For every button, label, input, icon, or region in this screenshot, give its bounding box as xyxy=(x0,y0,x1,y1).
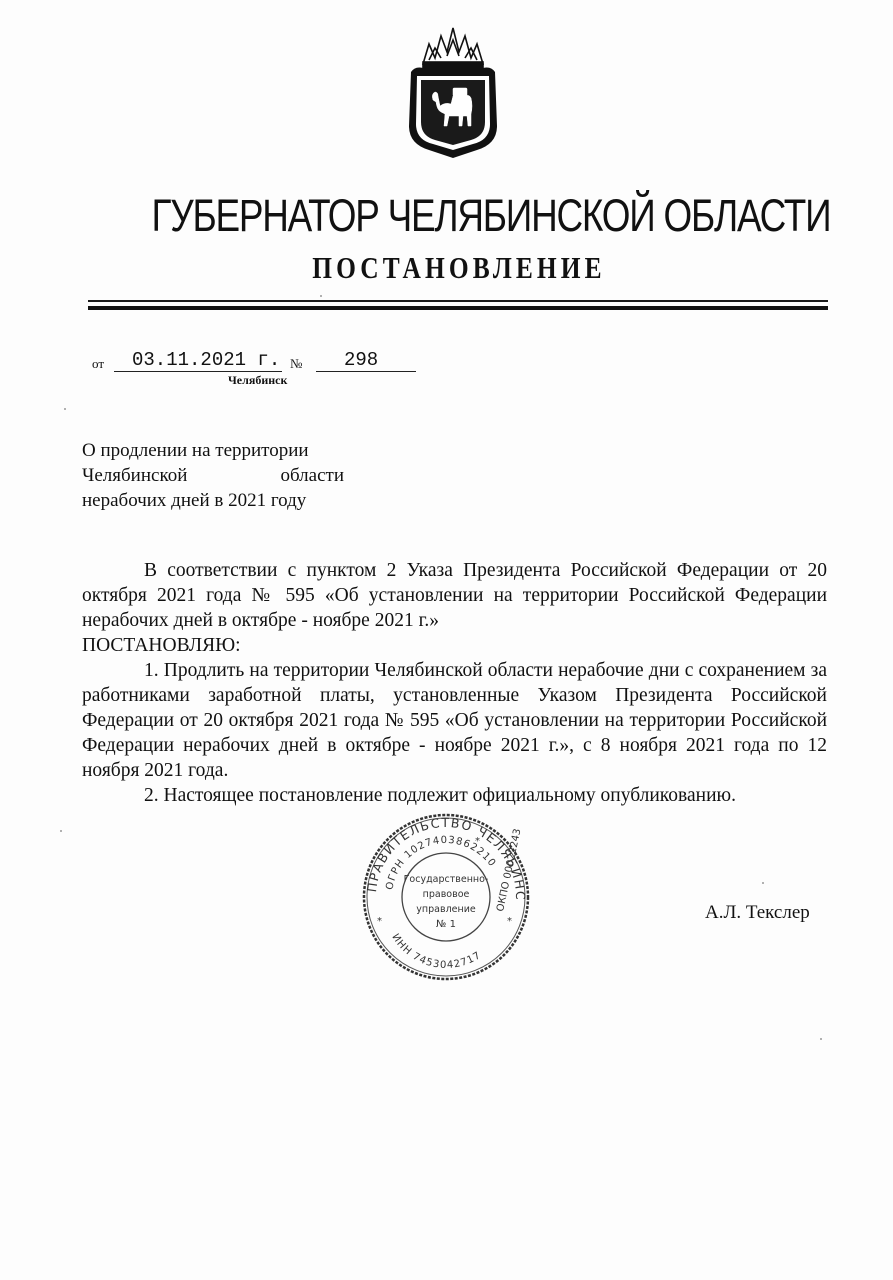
header-divider-thin xyxy=(88,300,828,302)
signatory-name: А.Л. Текслер xyxy=(705,902,810,924)
subject-line: О продлении на территории xyxy=(82,438,344,463)
stamp-center-line: управление xyxy=(416,904,476,915)
header-divider-thick xyxy=(88,306,828,310)
official-seal-stamp: ПРАВИТЕЛЬСТВО ЧЕЛЯБИНСКОЙ ОБЛАСТИ ОГРН 1… xyxy=(355,812,537,982)
coat-of-arms-icon xyxy=(405,22,501,162)
number-label: № xyxy=(290,356,302,372)
decree-word: ПОСТАНОВЛЯЮ: xyxy=(82,633,827,658)
preamble-paragraph: В соответствии с пунктом 2 Указа Президе… xyxy=(82,558,827,633)
date-label: от xyxy=(92,356,104,372)
decree-item-2: 2. Настоящее постановление подлежит офиц… xyxy=(82,783,827,808)
scan-speck xyxy=(320,295,322,297)
scan-speck xyxy=(60,830,62,832)
document-type: ПОСТАНОВЛЕНИЕ xyxy=(152,250,767,286)
stamp-center-line: № 1 xyxy=(436,919,456,930)
authority-title: ГУБЕРНАТОР ЧЕЛЯБИНСКОЙ ОБЛАСТИ xyxy=(152,190,767,242)
stamp-center-line: Государственно- xyxy=(404,874,489,885)
document-subject: О продлении на территории Челябинской об… xyxy=(82,438,344,513)
subject-line: Челябинской области xyxy=(82,463,344,488)
scan-speck xyxy=(762,882,764,884)
document-number: 298 xyxy=(316,350,416,372)
document-date: 03.11.2021 г. xyxy=(114,350,282,372)
subject-line: нерабочих дней в 2021 году xyxy=(82,488,344,513)
decree-item-1: 1. Продлить на территории Челябинской об… xyxy=(82,658,827,783)
svg-text:*: * xyxy=(377,916,382,927)
stamp-center-line: правовое xyxy=(423,889,470,900)
svg-text:*: * xyxy=(475,836,480,847)
stamp-inn: ИНН 7453042717 xyxy=(389,932,483,971)
scan-speck xyxy=(64,408,66,410)
document-page: ГУБЕРНАТОР ЧЕЛЯБИНСКОЙ ОБЛАСТИ ПОСТАНОВЛ… xyxy=(0,0,893,1280)
document-body: В соответствии с пунктом 2 Указа Президе… xyxy=(82,558,827,808)
document-city: Челябинск xyxy=(228,373,287,388)
svg-text:ИНН 7453042717: ИНН 7453042717 xyxy=(389,932,483,971)
scan-speck xyxy=(820,1038,822,1040)
svg-text:*: * xyxy=(507,916,512,927)
